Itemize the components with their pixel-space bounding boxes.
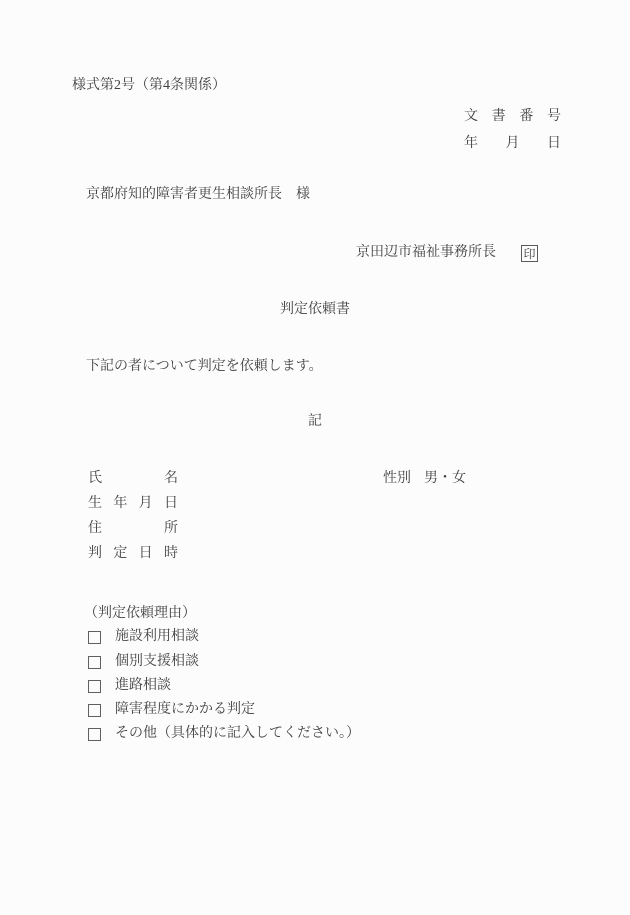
reason-row: 個別支援相談: [88, 655, 199, 669]
field-row-judgment-datetime: 判定日時: [88, 547, 178, 561]
reason-row: 進路相談: [88, 679, 171, 693]
field-row-name: 氏名: [88, 472, 178, 486]
reason-label: 施設利用相談: [115, 630, 199, 644]
sex-value: 男・女: [424, 472, 466, 486]
reason-label: その他（具体的に記入してください。）: [115, 727, 360, 741]
reason-label: 進路相談: [115, 679, 171, 693]
ki-marker: 記: [0, 415, 630, 429]
reason-label: 個別支援相談: [115, 655, 199, 669]
doc-number-label: 文書番号: [464, 110, 561, 124]
checkbox-facility-use-consult[interactable]: [88, 631, 101, 644]
document-title: 判定依頼書: [0, 303, 630, 317]
request-sentence: 下記の者について判定を依頼します。: [86, 360, 323, 374]
sex-label: 性別: [383, 472, 411, 486]
birth-date-field-label: 生年月日: [88, 497, 178, 511]
checkbox-career-consult[interactable]: [88, 680, 101, 693]
sex-field: 性別 男・女: [383, 472, 466, 486]
addressee-line: 京都府知的障害者更生相談所長 様: [86, 188, 310, 202]
reason-row: 施設利用相談: [88, 630, 199, 644]
sender-name: 京田辺市福祉事務所長: [356, 246, 496, 260]
name-field-label: 氏名: [88, 472, 178, 486]
checkbox-disability-level-judgment[interactable]: [88, 704, 101, 717]
address-field-label: 住所: [88, 522, 178, 536]
field-row-address: 住所: [88, 522, 178, 536]
judgment-datetime-field-label: 判定日時: [88, 547, 178, 561]
field-row-birth-date: 生年月日: [88, 497, 178, 511]
reasons-heading: （判定依頼理由）: [84, 607, 196, 621]
reason-row: その他（具体的に記入してください。）: [88, 727, 360, 741]
document-page: 様式第2号（第4条関係） 文書番号 年月日 京都府知的障害者更生相談所長 様 京…: [0, 0, 630, 915]
date-line: 年月日: [464, 137, 561, 151]
checkbox-individual-support-consult[interactable]: [88, 656, 101, 669]
form-number: 様式第2号（第4条関係）: [72, 79, 226, 93]
seal-stamp: 印: [521, 245, 538, 262]
reason-label: 障害程度にかかる判定: [115, 703, 255, 717]
reason-row: 障害程度にかかる判定: [88, 703, 255, 717]
checkbox-other[interactable]: [88, 728, 101, 741]
